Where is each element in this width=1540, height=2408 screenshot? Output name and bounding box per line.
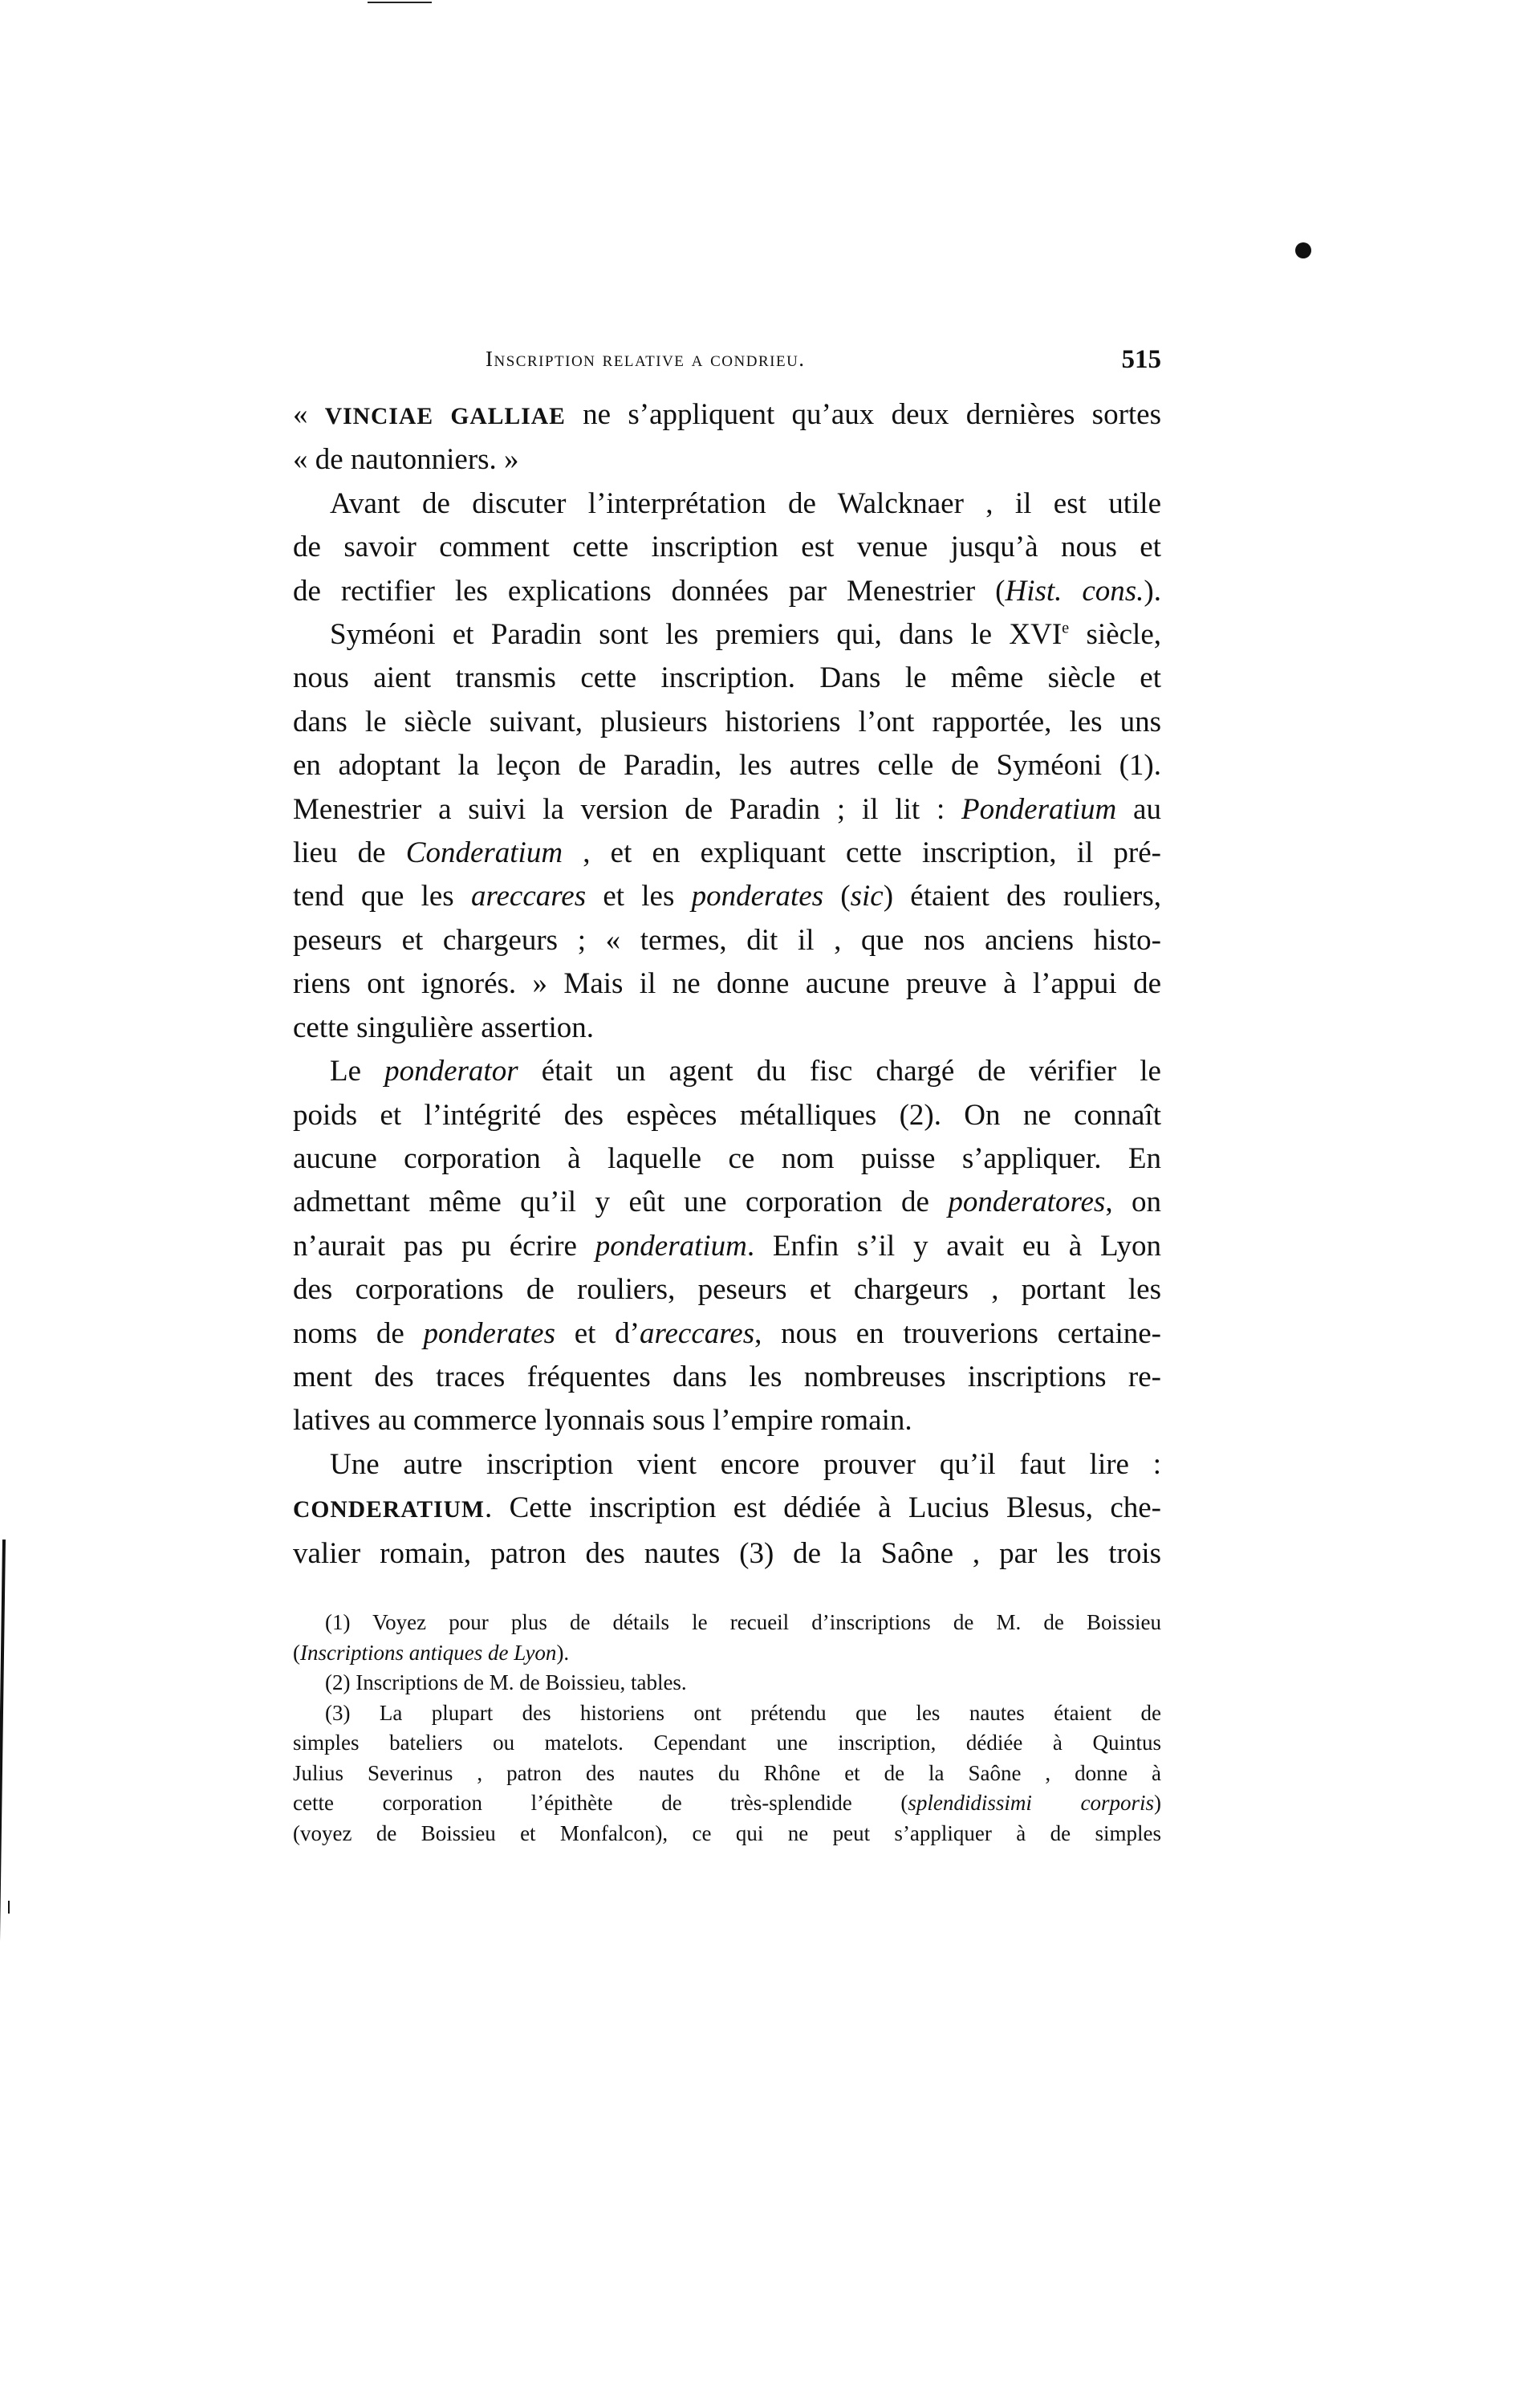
text-line: ment des traces fréquentes dans les nomb… — [293, 1356, 1161, 1399]
scan-margin-mark — [8, 1901, 10, 1914]
scan-margin-edge — [0, 1540, 6, 2302]
text-line: latives au commerce lyonnais sous l’empi… — [293, 1399, 1161, 1442]
italic-citation: Hist. cons. — [1005, 575, 1144, 608]
text-line: nous aient transmis cette inscription. D… — [293, 657, 1161, 700]
text-line: en adoptant la leçon de Paradin, les aut… — [293, 744, 1161, 787]
footnote-line: (Inscriptions antiques de Lyon). — [293, 1638, 1161, 1669]
running-title: INSCRIPTION RELATIVE A CONDRIEU. — [486, 347, 806, 372]
text-line: CONDERATIUM. Cette inscription est dédié… — [293, 1487, 1161, 1531]
text-line: « de nautonniers. » — [293, 438, 1161, 482]
text-line: de savoir comment cette inscription est … — [293, 526, 1161, 569]
text-line: noms de ponderates et d’areccares, nous … — [293, 1312, 1161, 1356]
paragraph-start: Avant de discuter l’interprétation de Wa… — [293, 482, 1161, 526]
footnote-3: (3) La plupart des historiens ont préten… — [293, 1698, 1161, 1729]
page-number: 515 — [1122, 345, 1162, 375]
text-line: Menestrier a suivi la version de Paradin… — [293, 788, 1161, 832]
scan-top-rule — [368, 2, 432, 3]
footnotes: (1) Voyez pour plus de détails le recuei… — [293, 1608, 1161, 1849]
footnote-line: cette corporation l’épithète de très-spl… — [293, 1788, 1161, 1819]
text-line: lieu de Conderatium , et en expliquant c… — [293, 832, 1161, 875]
small-caps-term: VINCIAE — [325, 404, 433, 429]
ink-blot-mark — [1295, 242, 1311, 258]
text-line: dans le siècle suivant, plusieurs histor… — [293, 701, 1161, 744]
text-line: tend que les areccares et les ponderates… — [293, 875, 1161, 918]
paragraph-start: Le ponderator était un agent du fisc cha… — [293, 1050, 1161, 1093]
footnote-1: (1) Voyez pour plus de détails le recuei… — [293, 1608, 1161, 1638]
text-line: admettant même qu’il y eût une corporati… — [293, 1181, 1161, 1224]
small-caps-term: GALLIAE — [450, 404, 566, 429]
text-line: n’aurait pas pu écrire ponderatium. Enfi… — [293, 1225, 1161, 1268]
text-line: peseurs et chargeurs ; « termes, dit il … — [293, 919, 1161, 962]
text-line: de rectifier les explications données pa… — [293, 570, 1161, 613]
small-caps-term: CONDERATIUM — [293, 1497, 485, 1523]
footnote-2: (2) Inscriptions de M. de Boissieu, tabl… — [293, 1668, 1161, 1698]
paragraph-start: Syméoni et Paradin sont les premiers qui… — [293, 613, 1161, 657]
text-line: « VINCIAE GALLIAE ne s’appliquent qu’aux… — [293, 393, 1161, 438]
footnote-line: (voyez de Boissieu et Monfalcon), ce qui… — [293, 1819, 1161, 1849]
footnote-line: Julius Severinus , patron des nautes du … — [293, 1759, 1161, 1789]
footnote-line: simples bateliers ou matelots. Cependant… — [293, 1728, 1161, 1759]
text-line: cette singulière assertion. — [293, 1007, 1161, 1050]
paragraph-start: Une autre inscription vient encore prouv… — [293, 1443, 1161, 1487]
text-line: des corporations de rouliers, peseurs et… — [293, 1268, 1161, 1312]
text-line: valier romain, patron des nautes (3) de … — [293, 1532, 1161, 1576]
running-head: INSCRIPTION RELATIVE A CONDRIEU. 515 — [293, 347, 1161, 379]
text-line: poids et l’intégrité des espèces métalli… — [293, 1094, 1161, 1137]
main-text: « VINCIAE GALLIAE ne s’appliquent qu’aux… — [293, 393, 1161, 1576]
text-line: aucune corporation à laquelle ce nom pui… — [293, 1137, 1161, 1181]
text-line: riens ont ignorés. » Mais il ne donne au… — [293, 962, 1161, 1006]
